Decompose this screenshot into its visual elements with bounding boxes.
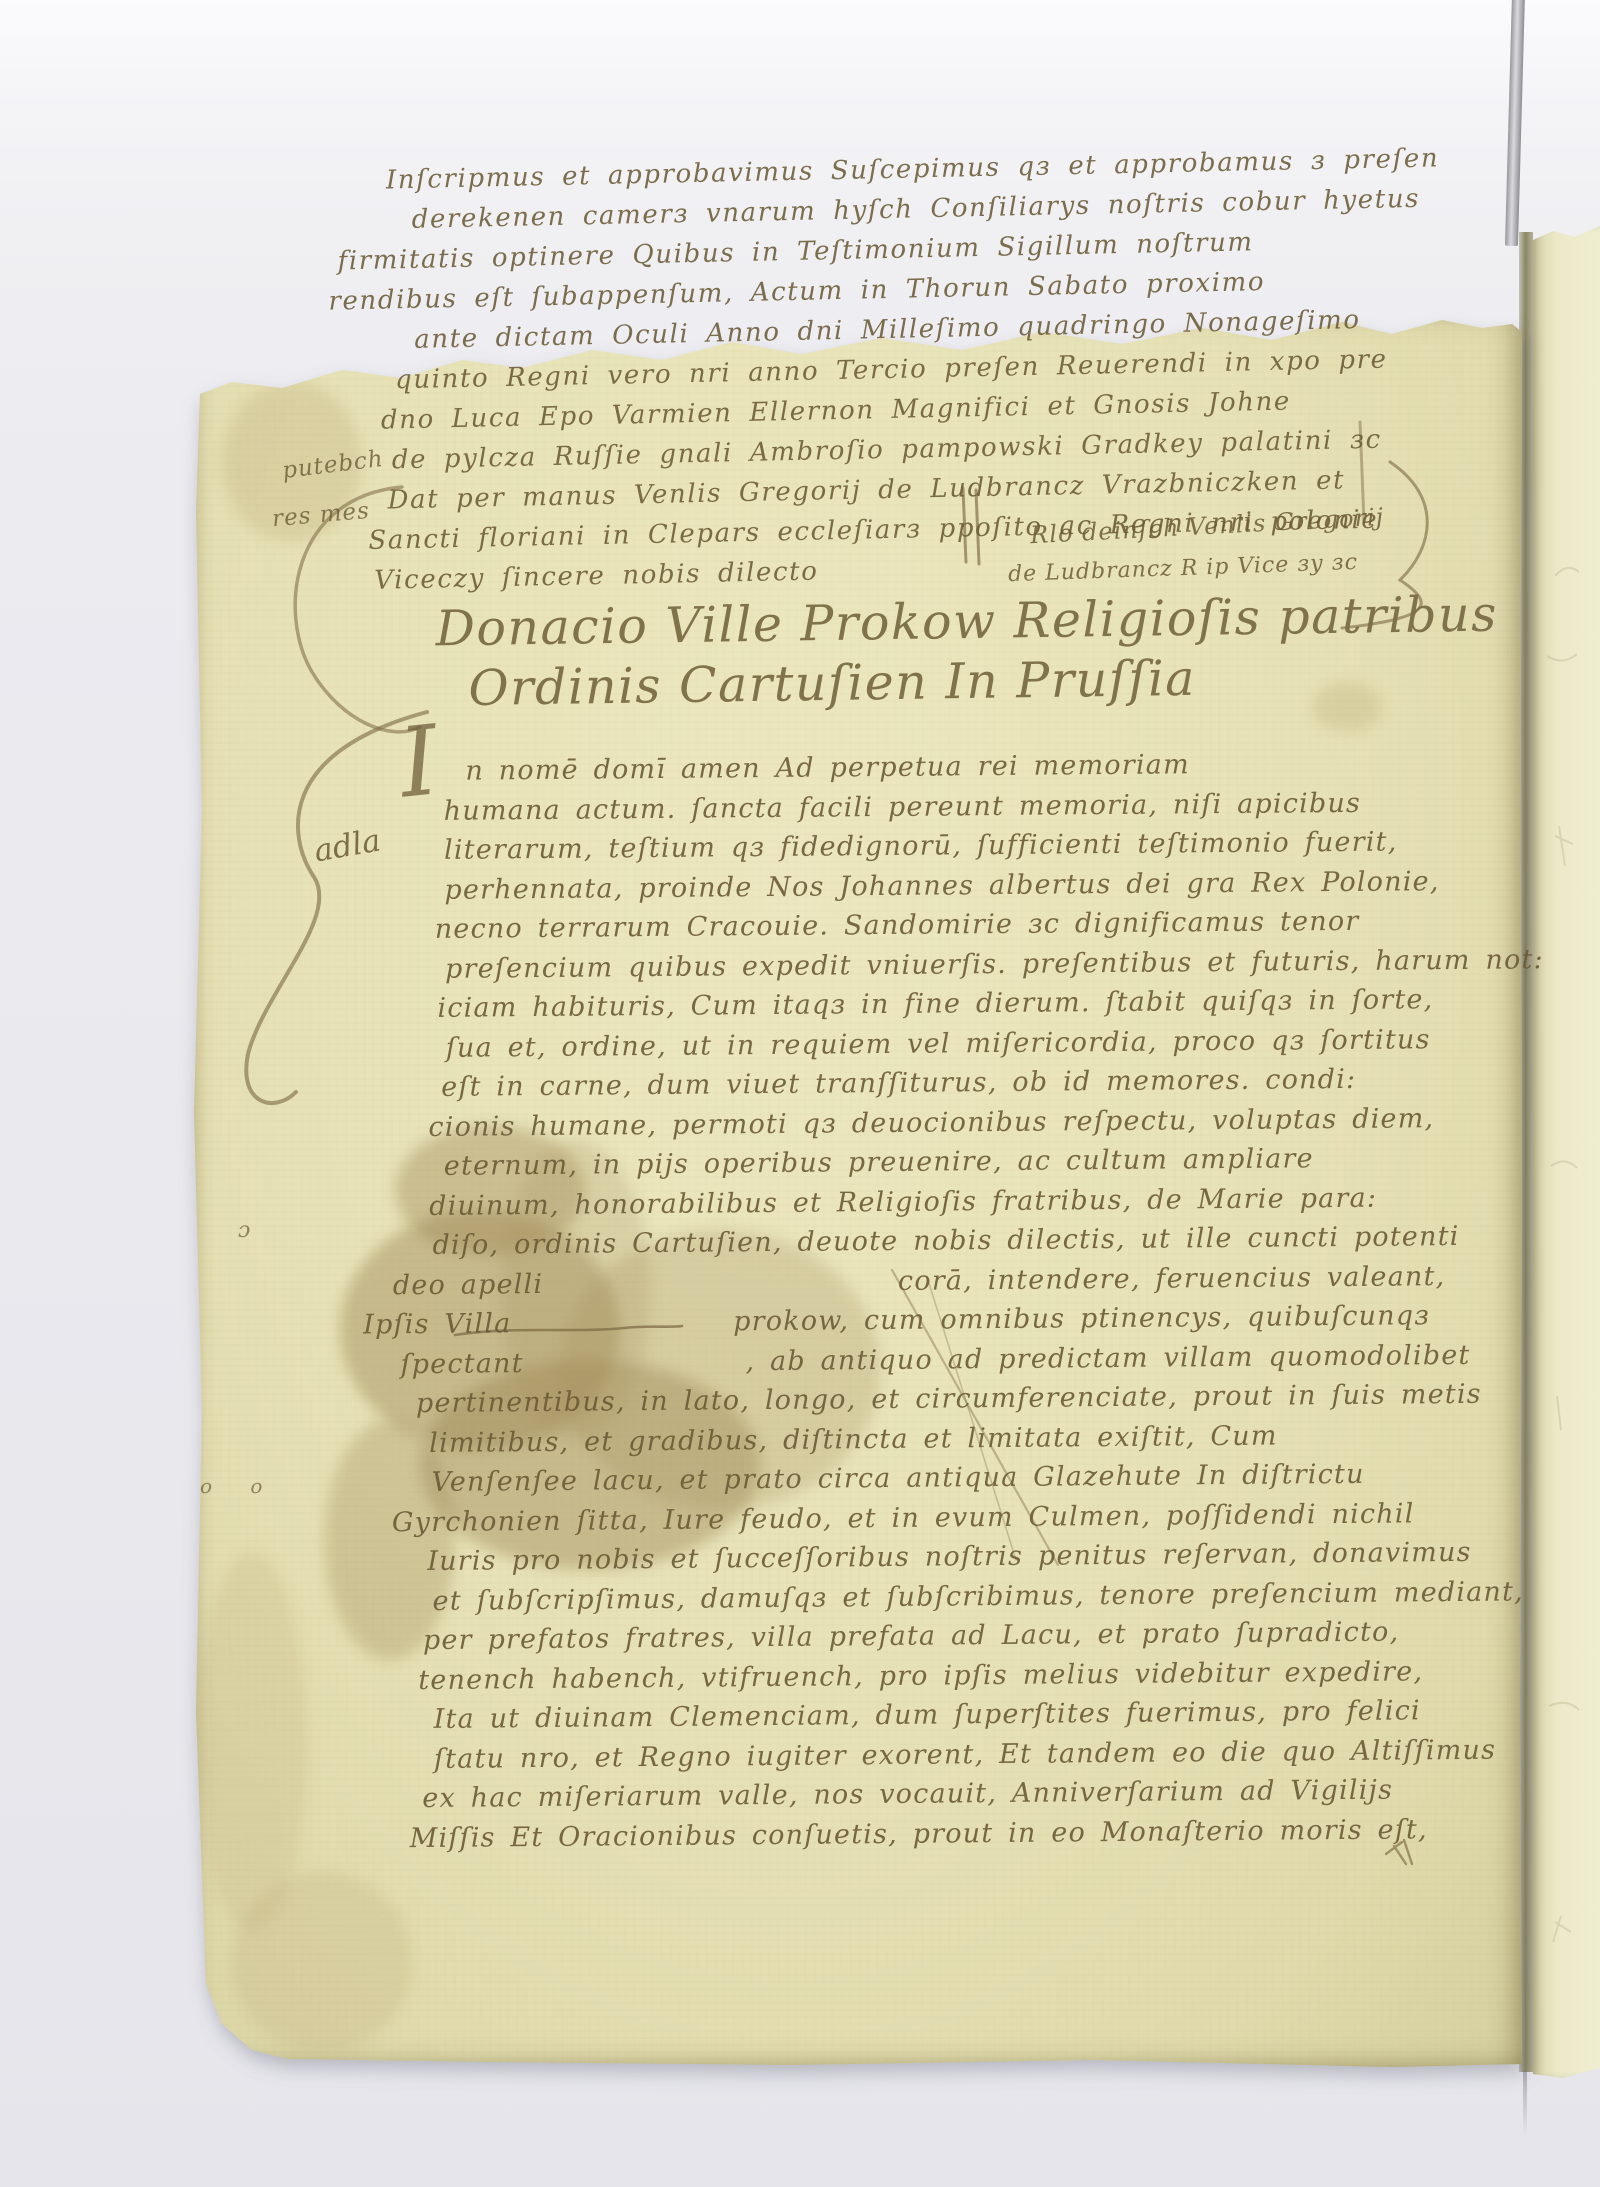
document-heading: Donacio Ville Prokow Religioſis patribus…: [435, 585, 1499, 720]
margin-mark: ɔ: [238, 1218, 250, 1243]
edge-stain: [197, 1552, 307, 1932]
book-fastener-strip: [1505, 0, 1525, 246]
charter-text-block: n nomē domī amen Ad perpetua rei memoria…: [443, 742, 1551, 1858]
corner-stain: [232, 1872, 412, 2052]
margin-mark: o o: [200, 1474, 278, 1498]
gutter-shadow: [1523, 2070, 1527, 2138]
